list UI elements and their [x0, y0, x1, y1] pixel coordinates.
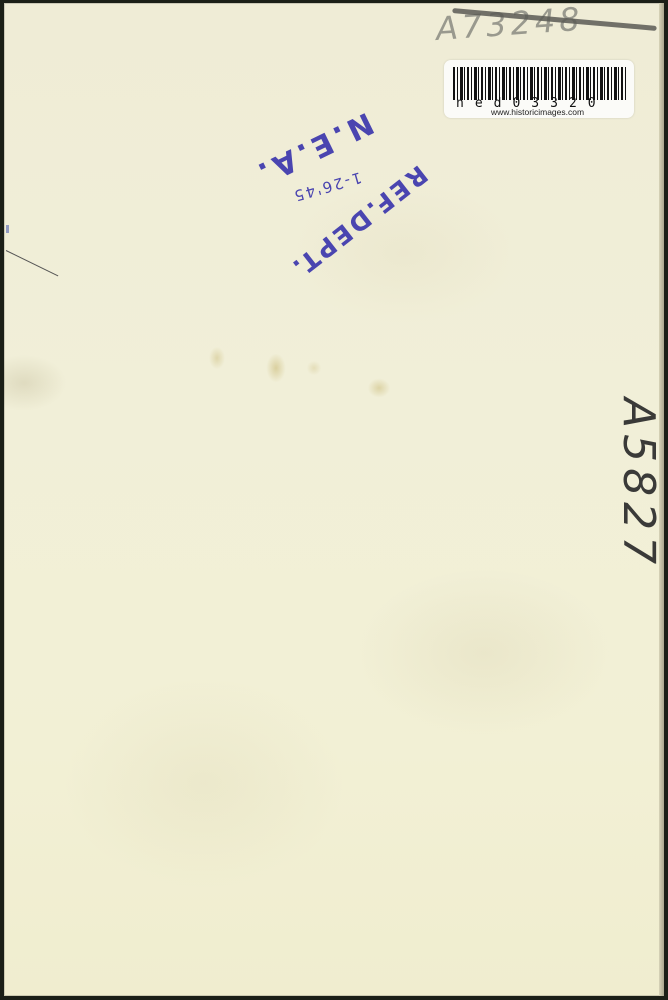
- vertical-handwritten-reference: A5827: [614, 398, 664, 578]
- barcode-label: ned03320 www.historicimages.com: [444, 60, 634, 118]
- photo-back: A73248 ned03320 www.historicimages.com R…: [4, 3, 664, 996]
- ink-mark: [6, 225, 9, 233]
- scratch-mark: [6, 250, 59, 276]
- barcode-site: www.historicimages.com: [491, 107, 584, 117]
- crossed-out-reference: A73248: [435, 0, 638, 54]
- reference-stamp: REF.DEPT. 1-26'45 N.E.A.: [198, 61, 460, 299]
